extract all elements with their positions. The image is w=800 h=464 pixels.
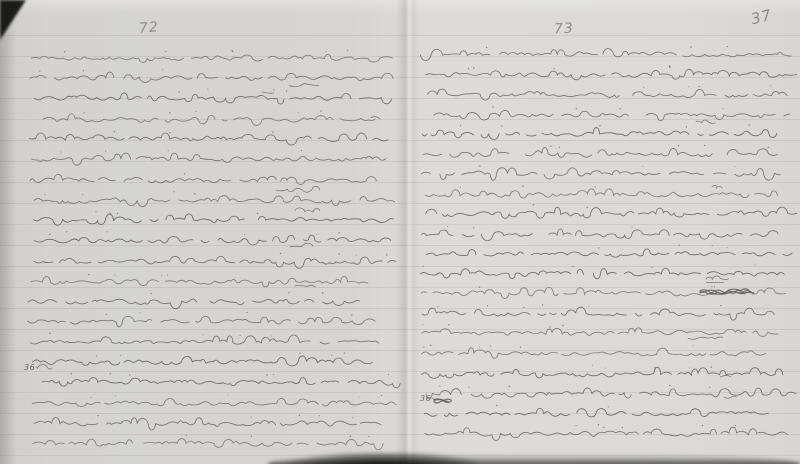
manuscript-line [34,231,391,245]
manuscript-line [30,173,376,184]
manuscript-line [422,124,776,139]
margin-annotation [295,208,320,212]
margin-annotation [38,365,52,369]
manuscript-line [422,365,783,378]
manuscript-line [423,145,777,158]
margin-annotation [706,276,729,283]
manuscript-line [426,65,797,79]
manuscript-line [422,345,766,359]
manuscript-line [34,191,395,207]
manuscript-line [34,253,396,269]
manuscript-line [43,110,375,125]
manuscript-line [30,333,378,345]
manuscript-line [422,324,778,336]
manuscript-line [31,150,386,165]
manuscript-line [30,69,393,82]
margin-annotation [289,84,319,87]
manuscript-line [426,204,797,218]
manuscript-line [425,185,789,198]
manuscript-line [28,312,376,327]
margin-annotation [434,399,452,403]
manuscript-line [33,352,373,365]
manuscript-line [426,245,792,257]
scanned-manuscript-sheet: 72 73 37 முனிகனி நாலின்கிற் படையாய்க்கு … [0,0,800,464]
margin-annotation [688,337,723,339]
margin-annotation-number: 36- [24,363,39,372]
margin-annotation [262,92,274,93]
margin-annotation [696,120,715,123]
margin-annotation [712,185,722,188]
margin-annotation [724,396,737,398]
margin-annotation [276,186,320,192]
manuscript-line [33,211,393,225]
manuscript-line [31,274,368,287]
margin-annotation [295,285,315,286]
manuscript-line [424,405,768,417]
manuscript-line [428,85,787,100]
manuscript-line [422,304,774,320]
manuscript-line [421,165,780,180]
margin-annotation [290,243,313,247]
manuscript-line [420,46,791,61]
manuscript-line [31,50,392,63]
manuscript-line [434,106,790,121]
manuscript-line [34,414,381,430]
manuscript-line [425,424,788,441]
manuscript-line [420,264,784,278]
manuscript-line [426,385,796,399]
margin-annotation [720,376,731,378]
handwriting-ink-layer [0,0,800,464]
manuscript-line [29,131,388,145]
margin-annotation [371,117,380,119]
manuscript-line [422,226,778,241]
manuscript-line [32,395,396,407]
manuscript-line [33,435,383,450]
margin-annotation-number: 36- [420,394,435,403]
manuscript-line [42,373,400,388]
manuscript-line [34,89,391,104]
manuscript-line [28,292,365,309]
